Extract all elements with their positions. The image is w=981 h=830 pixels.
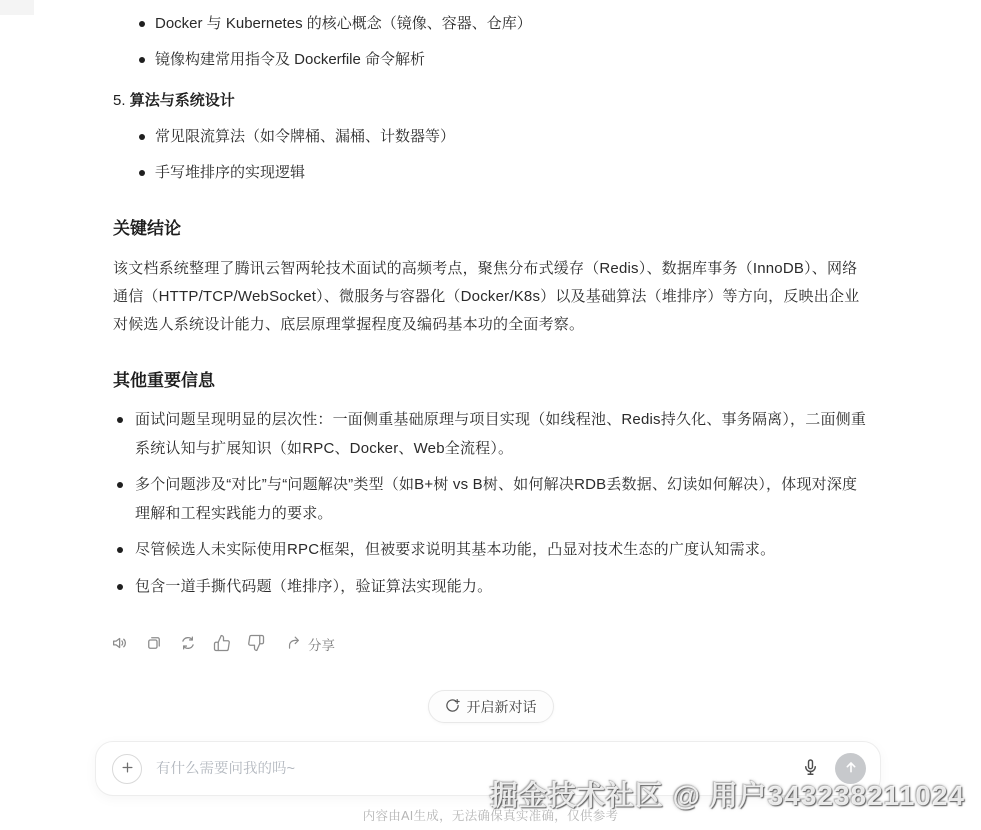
list-item: 手写堆排序的实现逻辑 xyxy=(113,155,870,191)
share-label: 分享 xyxy=(308,634,335,654)
copy-icon xyxy=(145,634,163,655)
list-item: 镜像构建常用指令及 Dockerfile 命令解析 xyxy=(113,42,870,78)
list-item-text: 尽管候选人未实际使用RPC框架，但被要求说明其基本功能，凸显对技术生态的广度认知… xyxy=(135,541,775,558)
list-item: 尽管候选人未实际使用RPC框架，但被要求说明其基本功能，凸显对技术生态的广度认知… xyxy=(113,536,870,565)
list-item: 面试问题呈现明显的层次性：一面侧重基础原理与项目实现（如线程池、Redis持久化… xyxy=(113,406,870,463)
docker-sublist: Docker 与 Kubernetes 的核心概念（镜像、容器、仓库） 镜像构建… xyxy=(113,0,870,78)
list-item-text: 包含一道手撕代码题（堆排序），验证算法实现能力。 xyxy=(135,578,492,595)
assistant-message: Docker 与 Kubernetes 的核心概念（镜像、容器、仓库） 镜像构建… xyxy=(113,0,870,609)
bullet-marker-icon xyxy=(139,170,145,176)
microphone-icon xyxy=(801,758,820,780)
list-item-text: Docker 与 Kubernetes 的核心概念（镜像、容器、仓库） xyxy=(155,15,532,32)
list-item: 包含一道手撕代码题（堆排序），验证算法实现能力。 xyxy=(113,573,870,602)
microphone-button[interactable] xyxy=(797,756,823,782)
bullet-marker-icon xyxy=(117,417,123,423)
ordered-item-5: 5. 算法与系统设计 xyxy=(113,83,870,119)
speaker-icon xyxy=(111,634,129,655)
list-item: 多个问题涉及“对比”与“问题解决”类型（如B+树 vs B树、如何解决RDB丢数… xyxy=(113,471,870,528)
plus-icon xyxy=(120,760,135,778)
key-conclusion-paragraph: 该文档系统整理了腾讯云智两轮技术面试的高频考点，聚焦分布式缓存（Redis）、数… xyxy=(113,255,870,339)
regenerate-icon xyxy=(179,634,197,655)
list-item-text: 面试问题呈现明显的层次性：一面侧重基础原理与项目实现（如线程池、Redis持久化… xyxy=(135,411,866,457)
list-item-text: 常见限流算法（如令牌桶、漏桶、计数器等） xyxy=(155,128,455,145)
thumbs-up-icon xyxy=(213,634,231,655)
read-aloud-button[interactable] xyxy=(110,633,130,655)
share-icon xyxy=(286,634,303,654)
thumbs-down-button[interactable] xyxy=(246,633,266,655)
ai-disclaimer: 内容由AI生成，无法确保真实准确，仅供参考 xyxy=(0,806,981,824)
list-item-text: 手写堆排序的实现逻辑 xyxy=(155,164,305,181)
regenerate-button[interactable] xyxy=(178,633,198,655)
bullet-marker-icon xyxy=(117,547,123,553)
arrow-up-icon xyxy=(843,759,859,778)
list-item-text: 镜像构建常用指令及 Dockerfile 命令解析 xyxy=(155,51,425,68)
list-item: 常见限流算法（如令牌桶、漏桶、计数器等） xyxy=(113,119,870,155)
other-info-list: 面试问题呈现明显的层次性：一面侧重基础原理与项目实现（如线程池、Redis持久化… xyxy=(113,406,870,601)
new-chat-button[interactable]: 开启新对话 xyxy=(428,690,554,723)
thumbs-up-button[interactable] xyxy=(212,633,232,655)
bullet-marker-icon xyxy=(139,57,145,63)
new-chat-label: 开启新对话 xyxy=(467,697,537,717)
corner-artifact xyxy=(0,0,34,15)
share-button[interactable]: 分享 xyxy=(286,634,335,654)
bullet-marker-icon xyxy=(117,482,123,488)
chat-input[interactable] xyxy=(156,761,797,777)
section-heading-other-info: 其他重要信息 xyxy=(113,368,870,394)
bullet-marker-icon xyxy=(139,134,145,140)
ordered-item-number: 5. xyxy=(113,92,126,109)
bullet-marker-icon xyxy=(117,584,123,590)
copy-button[interactable] xyxy=(144,633,164,655)
list-item-text: 多个问题涉及“对比”与“问题解决”类型（如B+树 vs B树、如何解决RDB丢数… xyxy=(135,476,857,522)
thumbs-down-icon xyxy=(247,634,265,655)
new-chat-row: 开启新对话 xyxy=(0,690,981,723)
section-heading-key-conclusion: 关键结论 xyxy=(113,216,870,242)
send-button[interactable] xyxy=(835,753,866,784)
ordered-item-title: 算法与系统设计 xyxy=(130,92,235,109)
composer xyxy=(95,741,881,796)
algorithm-sublist: 常见限流算法（如令牌桶、漏桶、计数器等） 手写堆排序的实现逻辑 xyxy=(113,119,870,191)
list-item: Docker 与 Kubernetes 的核心概念（镜像、容器、仓库） xyxy=(113,6,870,42)
attach-button[interactable] xyxy=(112,754,142,784)
bullet-marker-icon xyxy=(139,21,145,27)
message-action-bar: 分享 xyxy=(110,633,335,655)
chat-screen: Docker 与 Kubernetes 的核心概念（镜像、容器、仓库） 镜像构建… xyxy=(0,0,981,830)
new-chat-icon xyxy=(445,698,460,716)
